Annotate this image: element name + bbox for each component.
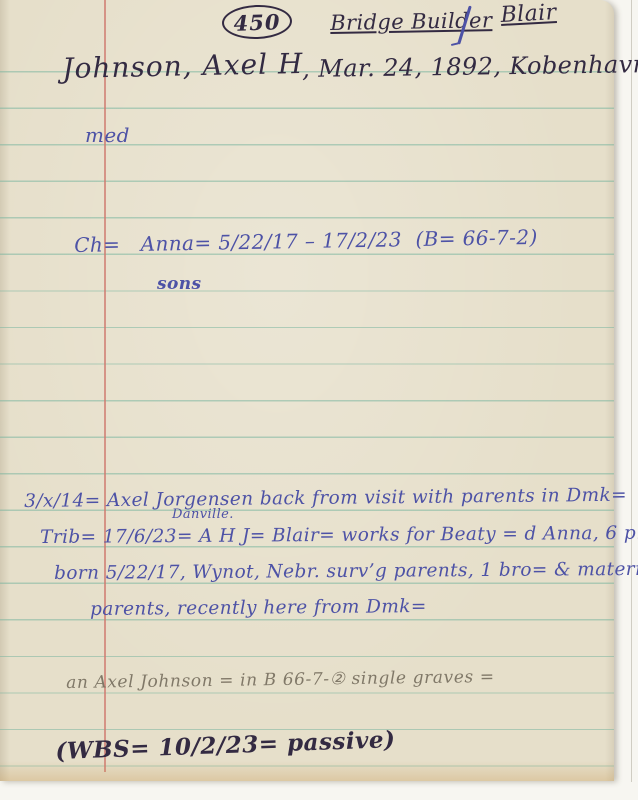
- ledger-page: 450 Bridge Builder Blair Johnson, Axel H…: [0, 0, 614, 781]
- note-line: Trib= 17/6/23= A H J= Blair= works for B…: [40, 520, 638, 551]
- entry-name: Johnson, Axel H: [62, 47, 304, 85]
- file-number-circle: 450: [221, 4, 292, 40]
- underlying-sheet-edge: [631, 0, 632, 782]
- file-number: 450: [233, 9, 281, 36]
- note-line: born 5/22/17, Wynot, Nebr. surv’g parent…: [54, 556, 638, 587]
- surname-heading: Blair: [500, 0, 557, 28]
- red-margin-line: [104, 0, 106, 772]
- note-line: parents, recently here from Dmk=: [90, 594, 427, 623]
- entry-birth-info: , Mar. 24, 1892, Kobenhavn: [302, 50, 638, 83]
- ruled-lines: [0, 71, 614, 768]
- scanned-document: 450 Bridge Builder Blair Johnson, Axel H…: [0, 0, 638, 800]
- sons-label: sons: [157, 274, 201, 294]
- note-med: med: [85, 123, 130, 147]
- interline-note: Danville.: [172, 507, 234, 522]
- page-bottom-shadow: [0, 761, 614, 781]
